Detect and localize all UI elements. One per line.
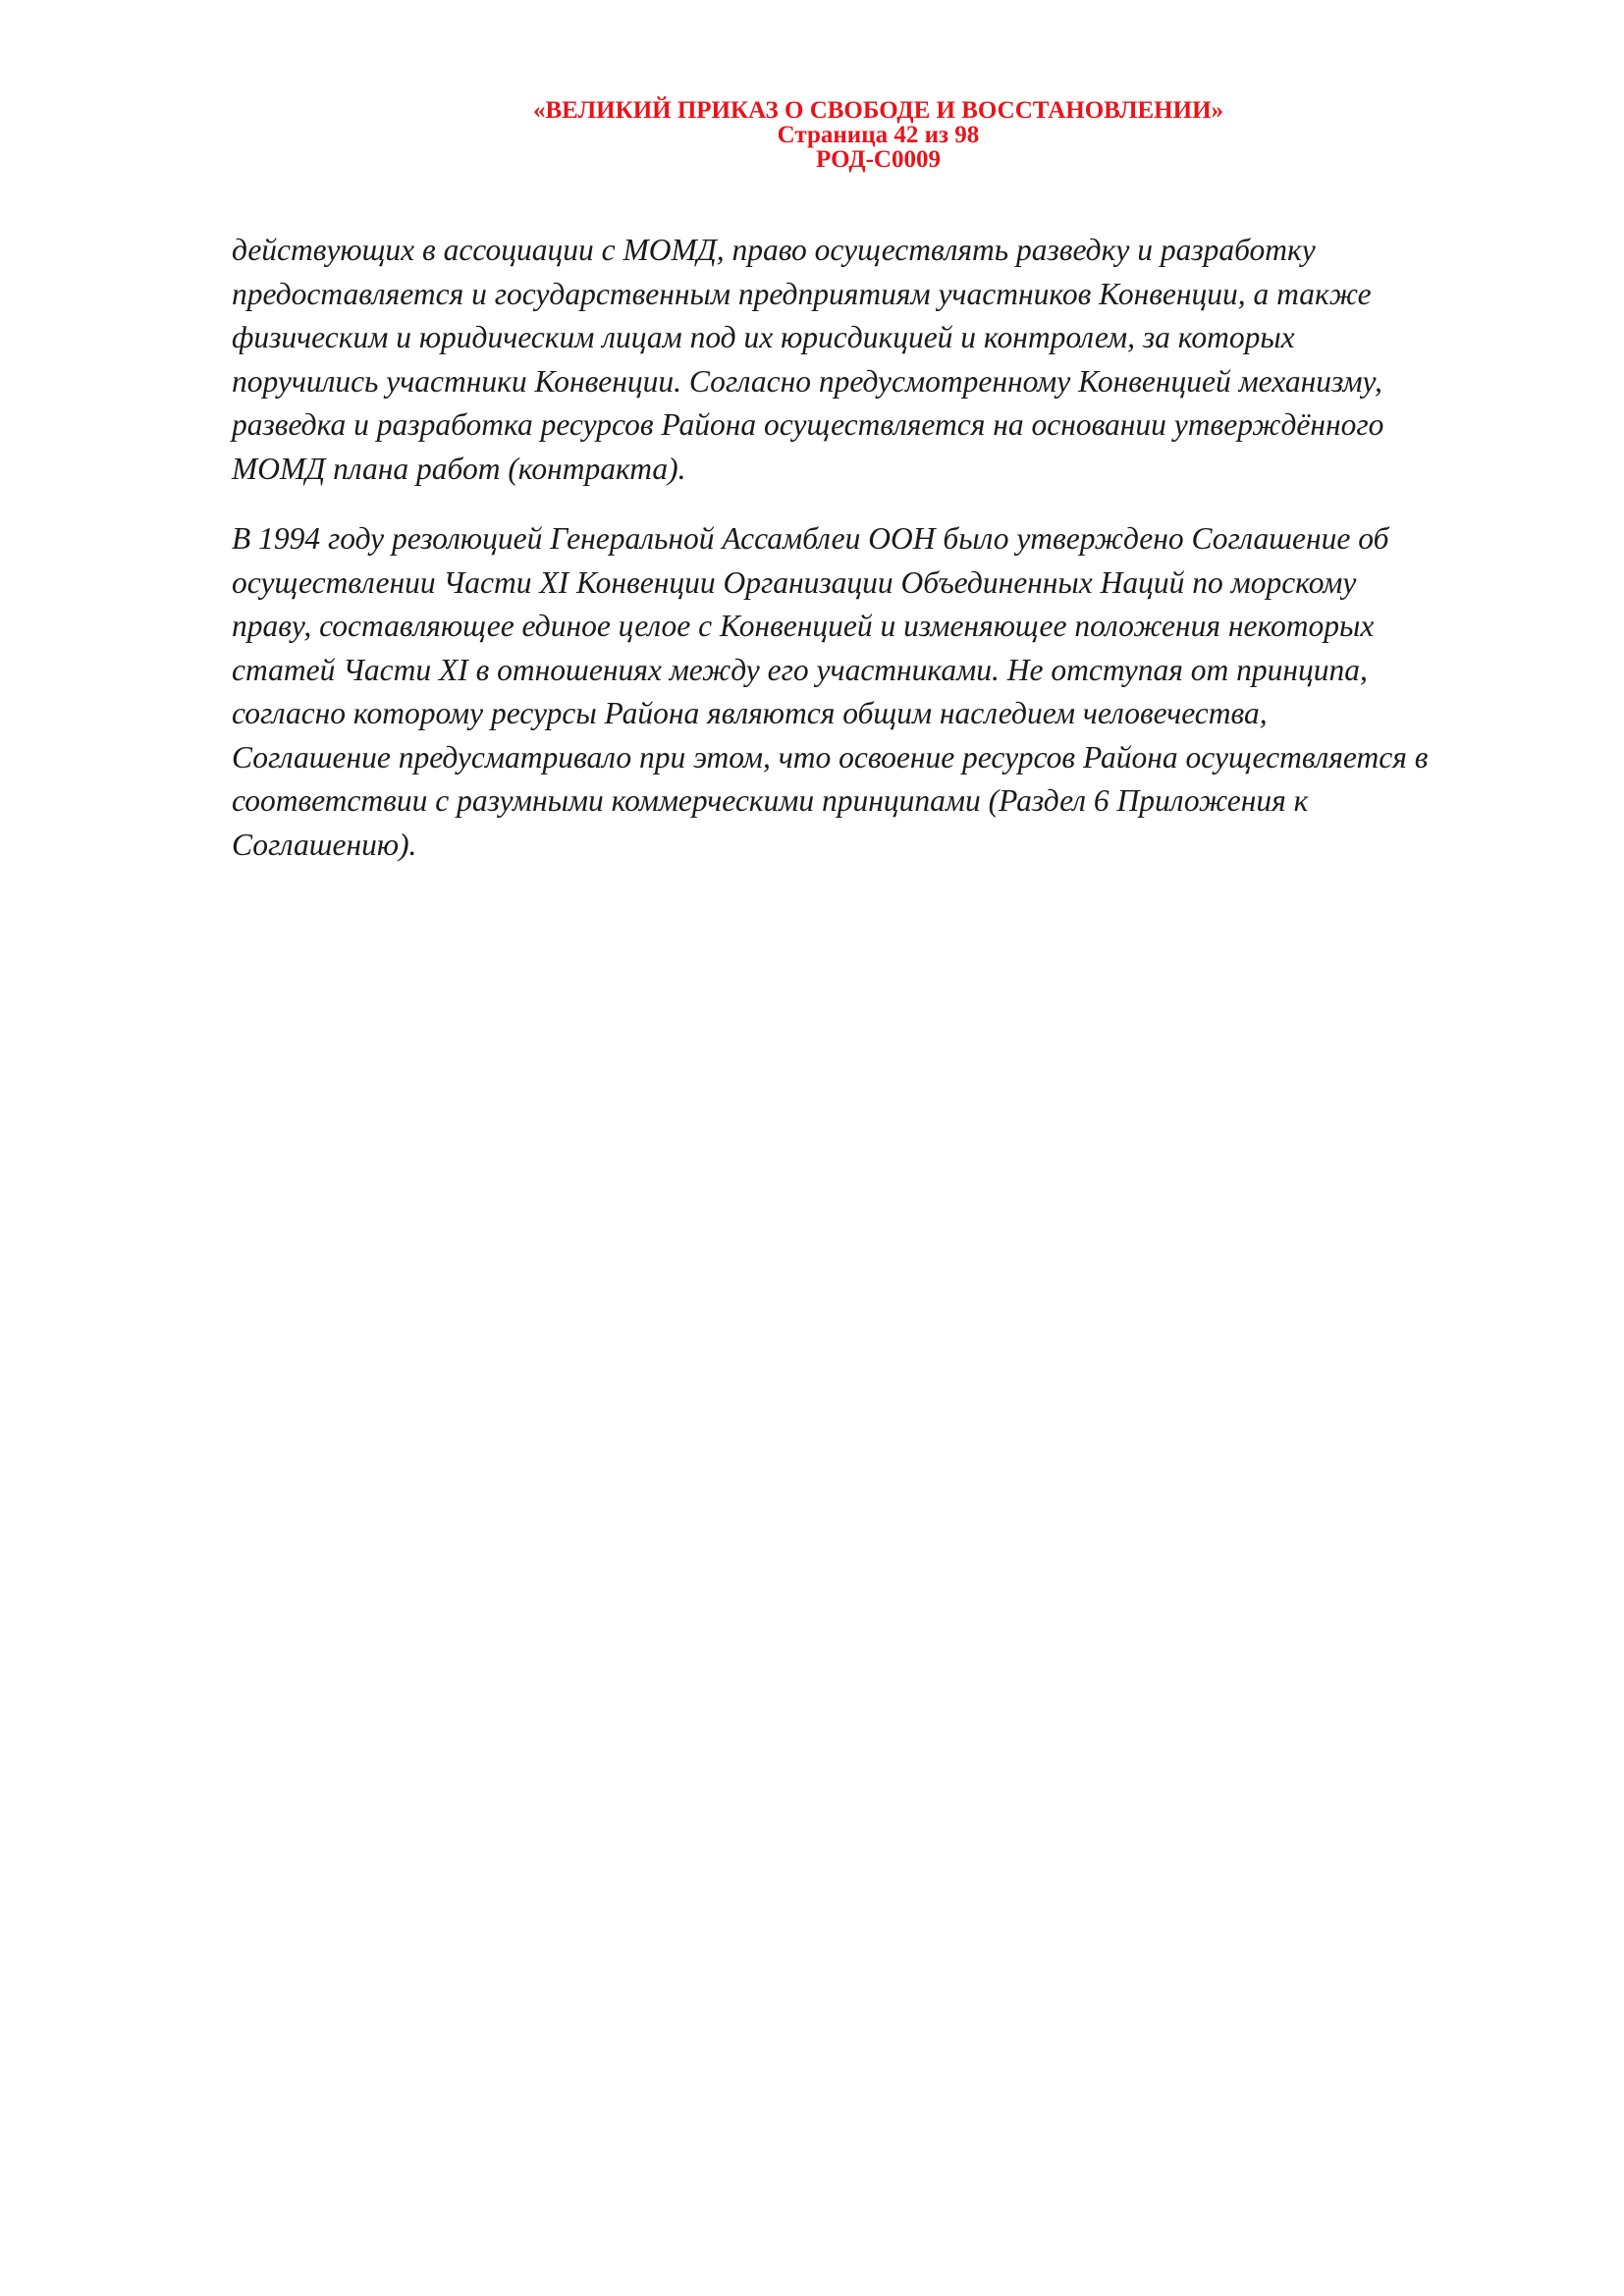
text-line: действующих в ассоциации с МОМД, право о… [232, 229, 1538, 273]
page-header: «ВЕЛИКИЙ ПРИКАЗ О СВОБОДЕ И ВОССТАНОВЛЕН… [0, 98, 1624, 172]
text-line: предоставляется и государственным предпр… [232, 273, 1538, 317]
document-code: РОД-С0009 [133, 147, 1624, 172]
text-line: согласно которому ресурсы Района являютс… [232, 692, 1538, 736]
text-line: разведка и разработка ресурсов Района ос… [232, 403, 1538, 448]
text-line: физическим и юридическим лицам под их юр… [232, 316, 1538, 360]
text-line: В 1994 году резолюцией Генеральной Ассам… [232, 517, 1538, 561]
text-line: поручились участники Конвенции. Согласно… [232, 360, 1538, 404]
text-line: осуществлении Части XI Конвенции Организ… [232, 561, 1538, 606]
document-page: «ВЕЛИКИЙ ПРИКАЗ О СВОБОДЕ И ВОССТАНОВЛЕН… [0, 0, 1624, 2296]
document-title: «ВЕЛИКИЙ ПРИКАЗ О СВОБОДЕ И ВОССТАНОВЛЕН… [133, 98, 1624, 123]
paragraph-2: В 1994 году резолюцией Генеральной Ассам… [232, 517, 1538, 867]
text-line: праву, составляющее единое целое с Конве… [232, 605, 1538, 649]
text-line: МОМД плана работ (контракта). [232, 448, 1538, 492]
text-line: Соглашению). [232, 824, 1538, 868]
text-line: соответствии с разумными коммерческими п… [232, 779, 1538, 824]
document-body: действующих в ассоциации с МОМД, право о… [232, 229, 1538, 867]
page-number: Страница 42 из 98 [133, 123, 1624, 147]
text-line: Соглашение предусматривало при этом, что… [232, 736, 1538, 780]
text-line: статей Части XI в отношениях между его у… [232, 649, 1538, 693]
paragraph-1: действующих в ассоциации с МОМД, право о… [232, 229, 1538, 491]
